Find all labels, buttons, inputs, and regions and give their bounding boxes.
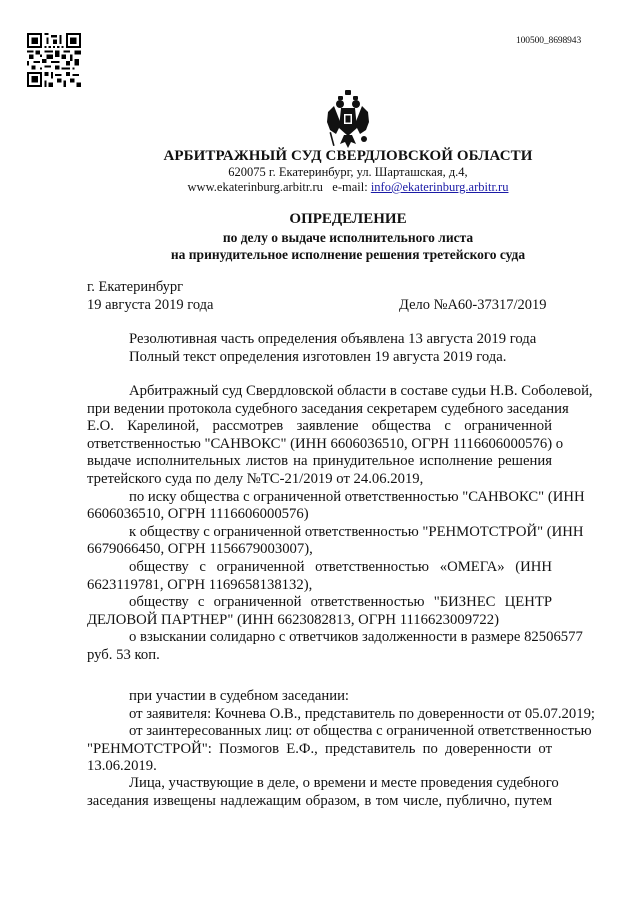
main-paragraph: Арбитражный суд Свердловской области в с… [87, 383, 552, 665]
court-address: 620075 г. Екатеринбург, ул. Шарташская, … [0, 165, 636, 180]
text-line: третейского суда по делу №ТС-21/2019 от … [87, 471, 552, 489]
email-label: e-mail: [332, 180, 367, 194]
text-line: от заинтересованных лиц: от общества с о… [87, 723, 552, 741]
text-line: по иску общества с ограниченной ответств… [87, 489, 552, 507]
text-line: 6623119781, ОГРН 1169658138132), [87, 577, 552, 595]
text-line: к обществу с ограниченной ответственност… [87, 524, 552, 542]
case-number: Дело №А60-37317/2019 [399, 297, 547, 314]
city: г. Екатеринбург [87, 279, 183, 296]
date-line: 19 августа 2019 года Дело №А60-37317/201… [87, 297, 552, 314]
notice-paragraph: Лица, участвующие в деле, о времени и ме… [87, 775, 552, 810]
court-header: АРБИТРАЖНЫЙ СУД СВЕРДЛОВСКОЙ ОБЛАСТИ 620… [0, 147, 636, 195]
announcement-line: Полный текст определения изготовлен 19 а… [87, 349, 552, 367]
text-line: при участии в судебном заседании: [87, 688, 552, 706]
russian-coat-of-arms-icon [326, 88, 370, 152]
participation-paragraph: при участии в судебном заседании:от заяв… [87, 688, 552, 776]
text-line: ответственностью "САНВОКС" (ИНН 66060365… [87, 436, 552, 454]
qr-code-icon [27, 33, 81, 87]
text-line: обществу с ограниченной ответственностью… [87, 559, 552, 577]
document-title: ОПРЕДЕЛЕНИЕ [0, 210, 636, 229]
text-line: Е.О. Карелиной, рассмотрев заявление общ… [87, 418, 552, 436]
announcement-line: Резолютивная часть определения объявлена… [87, 331, 552, 349]
document-subtitle-1: по делу о выдаче исполнительного листа [0, 229, 636, 246]
text-line: руб. 53 коп. [87, 647, 552, 665]
court-email-link[interactable]: info@ekaterinburg.arbitr.ru [371, 180, 509, 194]
announcement-block: Резолютивная часть определения объявлена… [87, 331, 552, 366]
text-line: 6679066450, ОГРН 1156679003007), [87, 541, 552, 559]
text-line: Арбитражный суд Свердловской области в с… [87, 383, 552, 401]
text-line: о взыскании солидарно с ответчиков задол… [87, 629, 552, 647]
text-line: от заявителя: Кочнева О.В., представител… [87, 706, 552, 724]
document-title-block: ОПРЕДЕЛЕНИЕ по делу о выдаче исполнитель… [0, 210, 636, 263]
text-line: ДЕЛОВОЙ ПАРТНЕР" (ИНН 6623082813, ОГРН 1… [87, 612, 552, 630]
decision-date: 19 августа 2019 года [87, 297, 213, 313]
document-id: 100500_8698943 [516, 36, 581, 46]
text-line: при ведении протокола судебного заседани… [87, 401, 552, 419]
court-website: www.ekaterinburg.arbitr.ru [188, 180, 323, 194]
text-line: Лица, участвующие в деле, о времени и ме… [87, 775, 552, 793]
text-line: обществу с ограниченной ответственностью… [87, 594, 552, 612]
court-contacts: www.ekaterinburg.arbitr.ru e-mail: info@… [0, 180, 636, 195]
text-line: "РЕНМОТСТРОЙ": Позмогов Е.Ф., представит… [87, 741, 552, 759]
text-line: заседания извещены надлежащим образом, в… [87, 793, 552, 811]
text-line: выдаче исполнительных листов на принудит… [87, 453, 552, 471]
text-line: 6606036510, ОГРН 1116606000576) [87, 506, 552, 524]
court-name: АРБИТРАЖНЫЙ СУД СВЕРДЛОВСКОЙ ОБЛАСТИ [0, 147, 636, 165]
document-subtitle-2: на принудительное исполнение решения тре… [0, 246, 636, 263]
text-line: 13.06.2019. [87, 758, 552, 776]
